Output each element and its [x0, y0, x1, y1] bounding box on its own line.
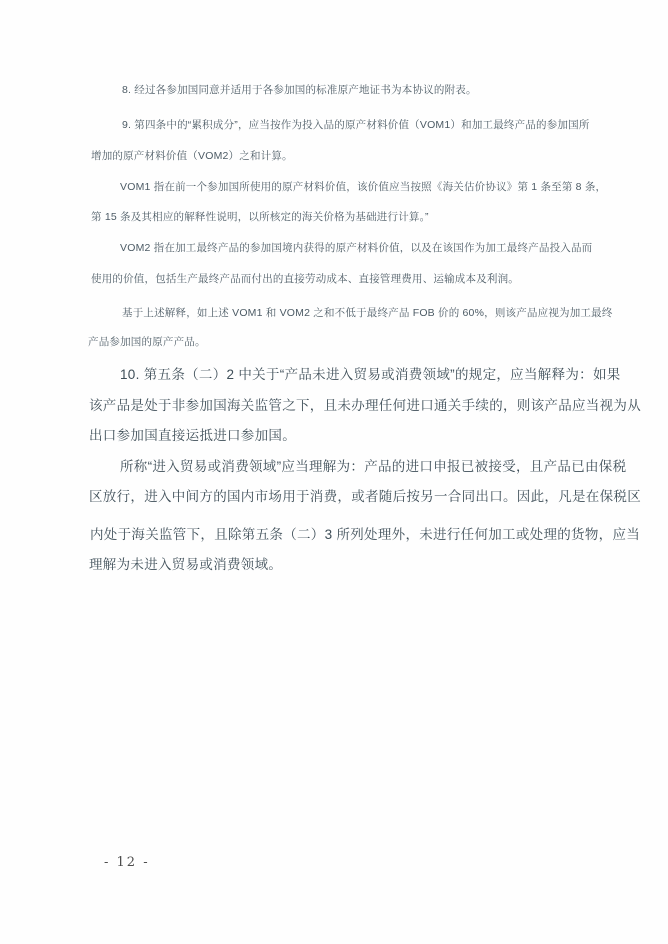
- paragraph-9-line-2: 增加的原产材料价值（VOM2）之和计算。: [91, 148, 293, 163]
- trade-consumption-line-2: 区放行，进入中间方的国内市场用于消费，或者随后按另一合同出口。因此，凡是在保税区: [89, 485, 641, 505]
- trade-consumption-line-3: 内处于海关监管下，且除第五条（二）3 所列处理外，未进行任何加工或处理的货物，应…: [90, 523, 640, 543]
- trade-consumption-line-1: 所称“进入贸易或消费领域”应当理解为：产品的进口申报已被接受，且产品已由保税: [120, 455, 626, 475]
- document-page: 8. 经过各参加国同意并适用于各参加国的标准原产地证书为本协议的附表。 9. 第…: [0, 0, 668, 944]
- vom1-note-line-1: VOM1 指在前一个参加国所使用的原产材料价值，该价值应当按照《海关估价协议》第…: [120, 179, 606, 194]
- page-number: - 12 -: [104, 855, 150, 870]
- trade-consumption-line-4: 理解为未进入贸易或消费领域。: [89, 553, 282, 573]
- paragraph-8-line-1: 8. 经过各参加国同意并适用于各参加国的标准原产地证书为本协议的附表。: [122, 82, 477, 97]
- paragraph-10-line-3: 出口参加国直接运抵进口参加国。: [89, 424, 296, 444]
- vom2-note-line-2: 使用的价值，包括生产最终产品而付出的直接劳动成本、直接管理费用、运输成本及利润。: [91, 271, 519, 286]
- paragraph-10-line-2: 该产品是处于非参加国海关监管之下，且未办理任何进口通关手续的，则该产品应当视为从: [89, 394, 641, 414]
- paragraph-9-line-1: 9. 第四条中的“累积成分”，应当按作为投入品的原产材料价值（VOM1）和加工最…: [122, 117, 590, 132]
- vom1-note-line-2: 第 15 条及其相应的解释性说明，以所核定的海关价格为基础进行计算。”: [91, 209, 429, 224]
- vom2-note-line-1: VOM2 指在加工最终产品的参加国境内获得的原产材料价值，以及在该国作为加工最终…: [120, 240, 592, 255]
- interpretation-line-2: 产品参加国的原产产品。: [88, 334, 206, 349]
- interpretation-line-1: 基于上述解释，如上述 VOM1 和 VOM2 之和不低于最终产品 FOB 价的 …: [122, 305, 613, 320]
- paragraph-10-line-1: 10. 第五条（二）2 中关于“产品未进入贸易或消费领域”的规定，应当解释为：如…: [120, 363, 621, 383]
